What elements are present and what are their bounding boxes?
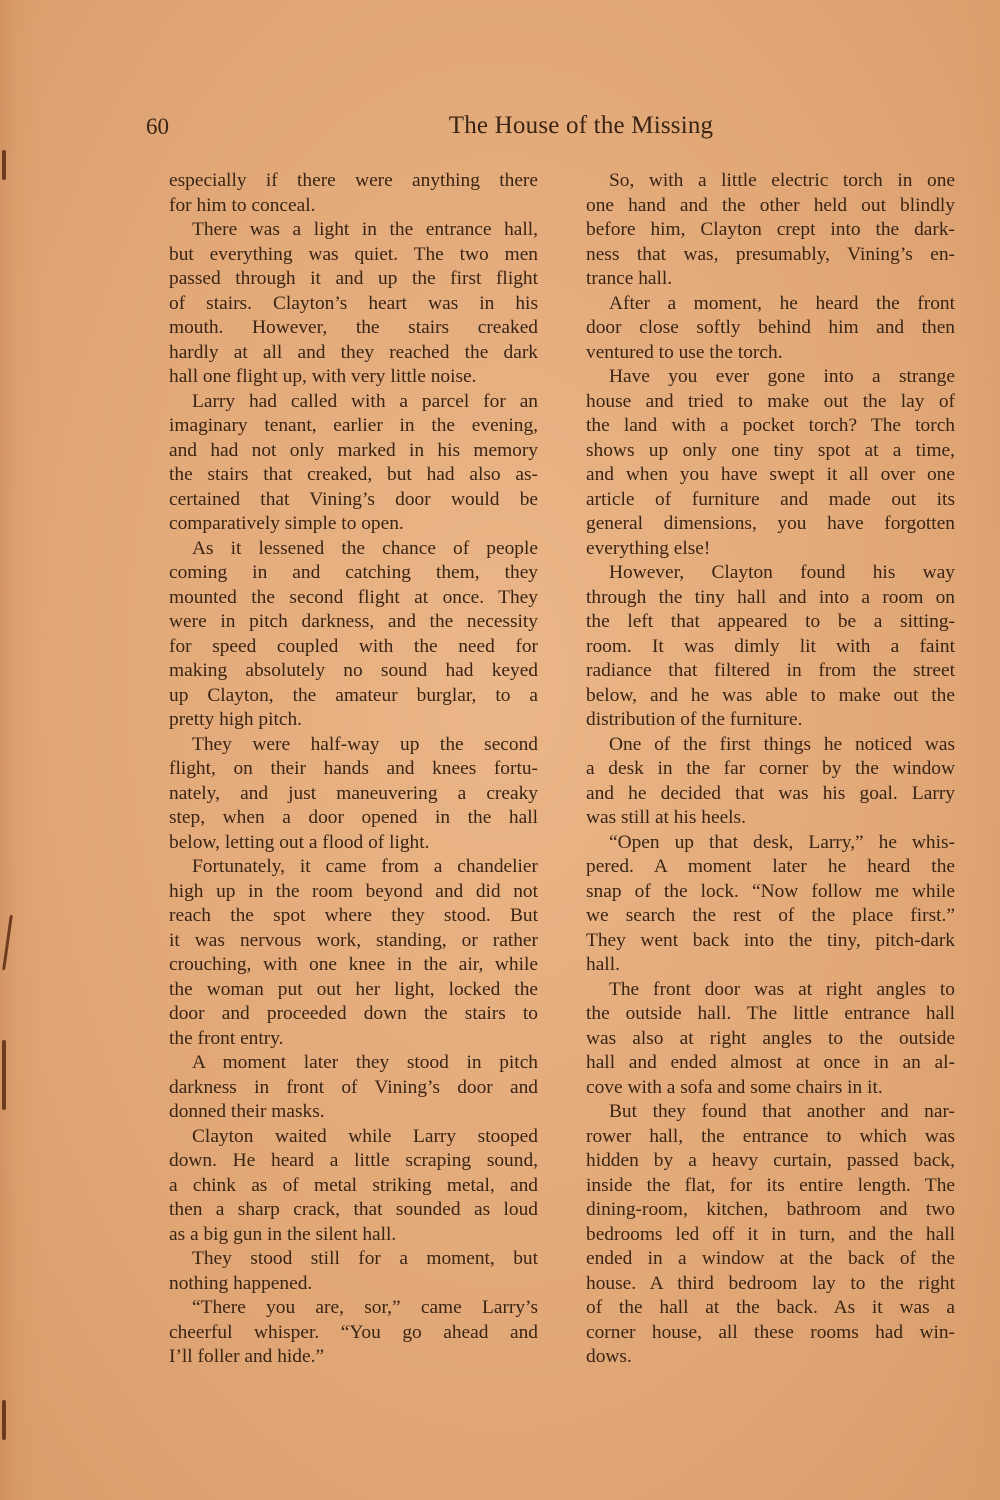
- text-line: it was nervous work, standing, or rather: [146, 929, 538, 954]
- text-line: One of the first things he noticed was: [563, 733, 955, 758]
- text-line: dows.: [563, 1345, 955, 1370]
- paragraph: Fortunately, it came from a chandelierhi…: [146, 855, 538, 1051]
- text-line: was still at his heels.: [563, 806, 955, 831]
- text-line: ness that was, presumably, Vining’s en-: [563, 243, 955, 268]
- text-line: door close softly behind him and then: [563, 316, 955, 341]
- paragraph: As it lessened the chance of peoplecomin…: [146, 537, 538, 733]
- text-line: trance hall.: [563, 267, 955, 292]
- text-line: as a big gun in the silent hall.: [146, 1223, 538, 1248]
- text-line: So, with a little electric torch in one: [563, 169, 955, 194]
- text-line: for speed coupled with the need for: [146, 635, 538, 660]
- page-edge-mark: [2, 150, 6, 180]
- right-column: So, with a little electric torch in oneo…: [563, 169, 955, 1370]
- text-line: the woman put out her light, locked the: [146, 978, 538, 1003]
- paragraph: Larry had called with a parcel for anima…: [146, 390, 538, 537]
- paragraph: The front door was at right angles tothe…: [563, 978, 955, 1101]
- text-line: room. It was dimly lit with a faint: [563, 635, 955, 660]
- text-line: shows up only one tiny spot at a time,: [563, 439, 955, 464]
- text-line: crouching, with one knee in the air, whi…: [146, 953, 538, 978]
- text-line: comparatively simple to open.: [146, 512, 538, 537]
- text-line: inside the flat, for its entire length. …: [563, 1174, 955, 1199]
- paragraph: Clayton waited while Larry stoopeddown. …: [146, 1125, 538, 1248]
- text-line: cheerful whisper. “You go ahead and: [146, 1321, 538, 1346]
- text-line: hall one flight up, with very little noi…: [146, 365, 538, 390]
- text-line: They went back into the tiny, pitch-dark: [563, 929, 955, 954]
- text-line: especially if there were anything there: [146, 169, 538, 194]
- paragraph: They stood still for a moment, butnothin…: [146, 1247, 538, 1296]
- page-edge-mark: [2, 915, 13, 970]
- text-line: The front door was at right angles to: [563, 978, 955, 1003]
- text-line: rower hall, the entrance to which was: [563, 1125, 955, 1150]
- text-line: mounted the second flight at once. They: [146, 586, 538, 611]
- text-line: “Open up that desk, Larry,” he whis-: [563, 831, 955, 856]
- text-line: dining-room, kitchen, bathroom and two: [563, 1198, 955, 1223]
- paragraph: “Open up that desk, Larry,” he whis-pere…: [563, 831, 955, 978]
- text-line: Have you ever gone into a strange: [563, 365, 955, 390]
- text-line: the land with a pocket torch? The torch: [563, 414, 955, 439]
- text-line: mouth. However, the stairs creaked: [146, 316, 538, 341]
- text-line: coming in and catching them, they: [146, 561, 538, 586]
- paragraph: They were half-way up the secondflight, …: [146, 733, 538, 856]
- text-line: darkness in front of Vining’s door and: [146, 1076, 538, 1101]
- text-line: general dimensions, you have forgotten: [563, 512, 955, 537]
- text-line: Larry had called with a parcel for an: [146, 390, 538, 415]
- text-line: hall.: [563, 953, 955, 978]
- text-line: But they found that another and nar-: [563, 1100, 955, 1125]
- text-line: hall and ended almost at once in an al-: [563, 1051, 955, 1076]
- text-line: down. He heard a little scraping sound,: [146, 1149, 538, 1174]
- running-head: 60 The House of the Missing: [146, 112, 866, 148]
- text-line: were in pitch darkness, and the necessit…: [146, 610, 538, 635]
- text-line: corner house, all these rooms had win-: [563, 1321, 955, 1346]
- text-line: below, and he was able to make out the: [563, 684, 955, 709]
- text-line: They stood still for a moment, but: [146, 1247, 538, 1272]
- text-line: we search the rest of the place first.”: [563, 904, 955, 929]
- text-line: and when you have swept it all over one: [563, 463, 955, 488]
- paragraph: However, Clayton found his waythrough th…: [563, 561, 955, 733]
- text-line: house and tried to make out the lay of: [563, 390, 955, 415]
- text-line: was also at right angles to the outside: [563, 1027, 955, 1052]
- text-line: snap of the lock. “Now follow me while: [563, 880, 955, 905]
- text-line: There was a light in the entrance hall,: [146, 218, 538, 243]
- running-title: The House of the Missing: [146, 112, 866, 140]
- text-line: hardly at all and they reached the dark: [146, 341, 538, 366]
- text-line: of the hall at the back. As it was a: [563, 1296, 955, 1321]
- text-line: pered. A moment later he heard the: [563, 855, 955, 880]
- text-line: donned their masks.: [146, 1100, 538, 1125]
- text-line: article of furniture and made out its: [563, 488, 955, 513]
- text-line: up Clayton, the amateur burglar, to a: [146, 684, 538, 709]
- text-line: door and proceeded down the stairs to: [146, 1002, 538, 1027]
- text-line: “There you are, sor,” came Larry’s: [146, 1296, 538, 1321]
- text-line: of stairs. Clayton’s heart was in his: [146, 292, 538, 317]
- text-line: nothing happened.: [146, 1272, 538, 1297]
- text-line: pretty high pitch.: [146, 708, 538, 733]
- text-line: I’ll foller and hide.”: [146, 1345, 538, 1370]
- text-line: the left that appeared to be a sitting-: [563, 610, 955, 635]
- text-line: then a sharp crack, that sounded as loud: [146, 1198, 538, 1223]
- paragraph: One of the first things he noticed wasa …: [563, 733, 955, 831]
- paragraph: Have you ever gone into a strangehouse a…: [563, 365, 955, 561]
- paragraph: There was a light in the entrance hall,b…: [146, 218, 538, 390]
- paragraph: “There you are, sor,” came Larry’scheerf…: [146, 1296, 538, 1370]
- text-line: bedrooms led off it in turn, and the hal…: [563, 1223, 955, 1248]
- text-line: flight, on their hands and knees fortu-: [146, 757, 538, 782]
- text-line: the outside hall. The little entrance ha…: [563, 1002, 955, 1027]
- text-line: However, Clayton found his way: [563, 561, 955, 586]
- text-line: passed through it and up the first fligh…: [146, 267, 538, 292]
- text-line: the front entry.: [146, 1027, 538, 1052]
- left-column: especially if there were anything theref…: [146, 169, 538, 1370]
- text-line: for him to conceal.: [146, 194, 538, 219]
- text-line: nately, and just maneuvering a creaky: [146, 782, 538, 807]
- text-line: After a moment, he heard the front: [563, 292, 955, 317]
- text-line: Fortunately, it came from a chandelier: [146, 855, 538, 880]
- text-line: imaginary tenant, earlier in the evening…: [146, 414, 538, 439]
- text-line: a desk in the far corner by the window: [563, 757, 955, 782]
- text-line: They were half-way up the second: [146, 733, 538, 758]
- text-line: everything else!: [563, 537, 955, 562]
- text-line: but everything was quiet. The two men: [146, 243, 538, 268]
- text-line: one hand and the other held out blindly: [563, 194, 955, 219]
- text-line: cove with a sofa and some chairs in it.: [563, 1076, 955, 1101]
- text-line: a chink as of metal striking metal, and: [146, 1174, 538, 1199]
- text-line: through the tiny hall and into a room on: [563, 586, 955, 611]
- text-line: A moment later they stood in pitch: [146, 1051, 538, 1076]
- text-line: and had not only marked in his memory: [146, 439, 538, 464]
- text-line: certained that Vining’s door would be: [146, 488, 538, 513]
- text-line: house. A third bedroom lay to the right: [563, 1272, 955, 1297]
- paragraph: But they found that another and nar-rowe…: [563, 1100, 955, 1370]
- text-line: before him, Clayton crept into the dark-: [563, 218, 955, 243]
- text-line: distribution of the furniture.: [563, 708, 955, 733]
- text-line: ventured to use the torch.: [563, 341, 955, 366]
- text-line: hidden by a heavy curtain, passed back,: [563, 1149, 955, 1174]
- text-line: As it lessened the chance of people: [146, 537, 538, 562]
- paragraph: especially if there were anything theref…: [146, 169, 538, 218]
- text-line: making absolutely no sound had keyed: [146, 659, 538, 684]
- page-edge-mark: [2, 1040, 6, 1110]
- page-edge-mark: [2, 1400, 6, 1440]
- text-line: step, when a door opened in the hall: [146, 806, 538, 831]
- text-line: high up in the room beyond and did not: [146, 880, 538, 905]
- text-line: the stairs that creaked, but had also as…: [146, 463, 538, 488]
- paragraph: After a moment, he heard the frontdoor c…: [563, 292, 955, 366]
- paragraph: A moment later they stood in pitchdarkne…: [146, 1051, 538, 1125]
- text-line: radiance that filtered in from the stree…: [563, 659, 955, 684]
- text-line: reach the spot where they stood. But: [146, 904, 538, 929]
- paragraph: So, with a little electric torch in oneo…: [563, 169, 955, 292]
- text-line: ended in a window at the back of the: [563, 1247, 955, 1272]
- text-line: Clayton waited while Larry stooped: [146, 1125, 538, 1150]
- text-line: and he decided that was his goal. Larry: [563, 782, 955, 807]
- text-line: below, letting out a flood of light.: [146, 831, 538, 856]
